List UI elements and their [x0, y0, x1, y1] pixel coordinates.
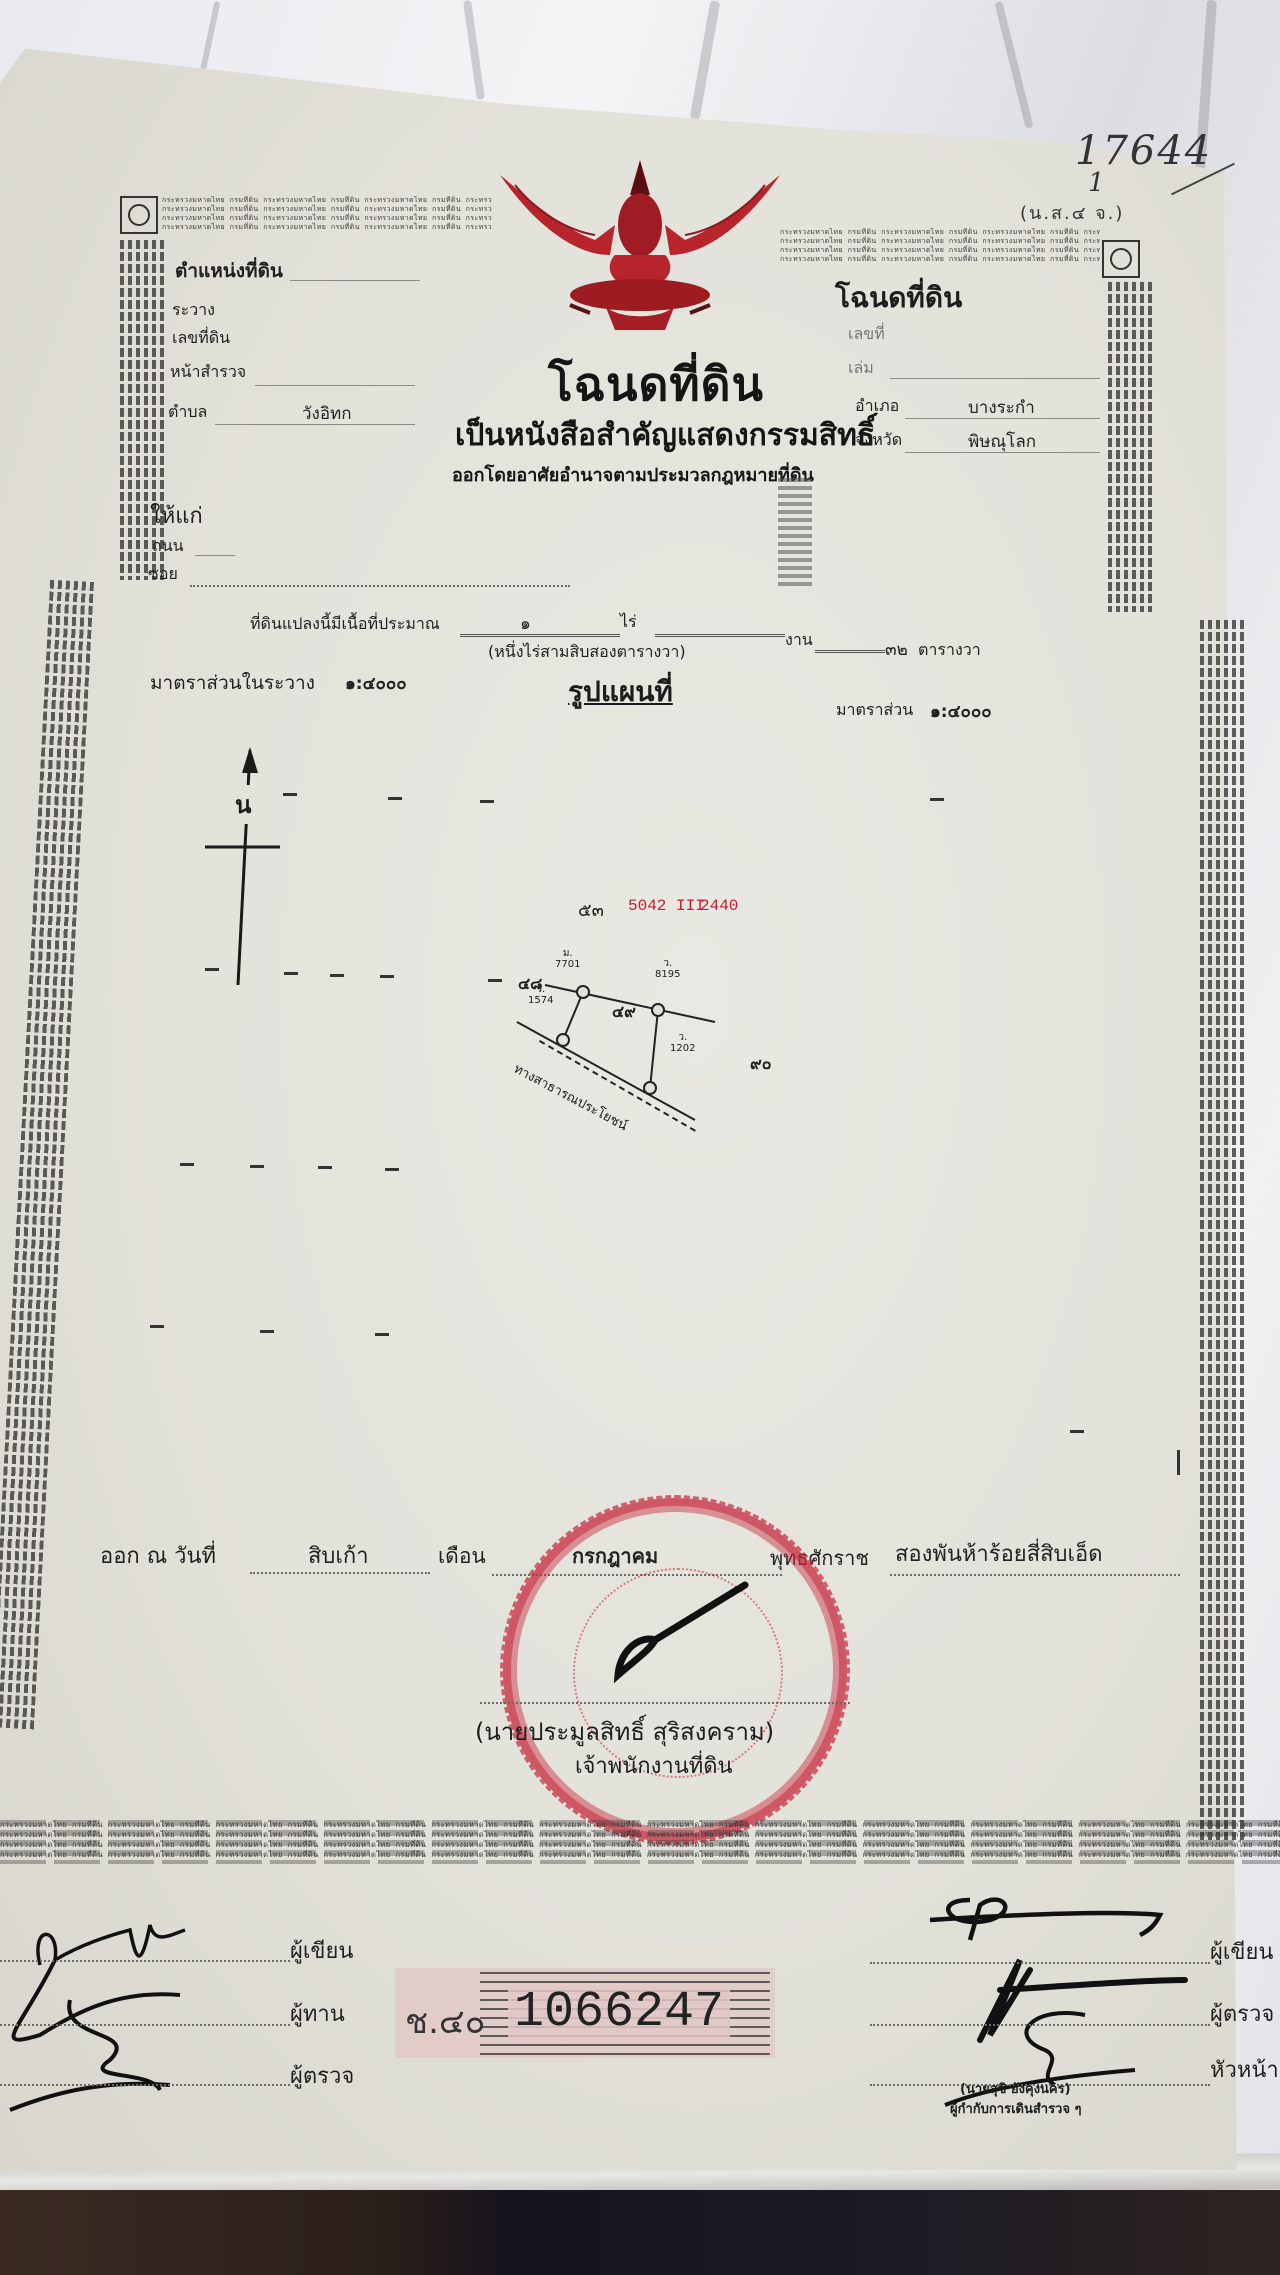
checker-right-line [870, 2024, 1210, 2026]
map-heading: รูปแผนที่ [568, 670, 673, 714]
area-in-words: (หนึ่งไร่สามสิบสองตารางวา) [488, 640, 686, 665]
grid-tick [150, 1325, 164, 1328]
grid-tick [480, 800, 494, 803]
month-label: เดือน [438, 1540, 486, 1573]
document-title: โฉนดที่ดิน [548, 348, 764, 421]
grid-tick [1070, 1430, 1084, 1433]
survey-page-field-line [255, 385, 415, 386]
marble-vein [994, 1, 1033, 129]
grid-tick [180, 1163, 194, 1166]
soi-label: ซอย [148, 562, 178, 587]
grid-tick [284, 972, 298, 975]
corner-ornament-icon [120, 196, 158, 234]
officer-title: เจ้าพนักงานที่ดิน [575, 1748, 733, 1783]
district-value: บางระกำ [968, 394, 1035, 421]
book-field-line [890, 378, 1100, 379]
zone-label: ระวาง [172, 298, 215, 323]
grid-tick [385, 1168, 399, 1171]
province-field-line [905, 452, 1100, 453]
road-field-line [195, 555, 235, 556]
grid-tick [388, 797, 402, 800]
ngan-unit: งาน [785, 628, 813, 653]
parcel-right-number: ๙๐ [750, 1052, 771, 1077]
writer-right-line [870, 1962, 1210, 1964]
security-border-top: กระทรวงมหาดไทย กรมที่ดิน กระทรวงมหาดไทย … [162, 196, 492, 236]
grid-tick [380, 975, 394, 978]
ngan-field-line [655, 634, 785, 637]
rai-field-line [460, 634, 620, 637]
handwritten-ref-sub: 1 [1088, 168, 1105, 198]
north-label: น [235, 785, 251, 824]
north-arrow-icon [200, 745, 290, 985]
wa-value: ๓๒ [885, 636, 908, 663]
officer-signature [600, 1580, 750, 1690]
supervisor-name: (นายสุชิ ยังคุงนคร) [960, 2078, 1071, 2099]
writer-right-label: ผู้เขียน [1210, 1934, 1273, 1969]
serial-number: 1066247 [508, 1985, 730, 2041]
security-border-right [1200, 620, 1244, 1840]
year-field-line [890, 1574, 1180, 1576]
document-subtitle: เป็นหนังสือสำคัญแสดงกรรมสิทธิ์ [455, 412, 875, 459]
district-label: อำเภอ [855, 394, 899, 419]
rai-value: ๑ [520, 610, 531, 637]
supervisor-title: ผู้กำกับการเดินสำรวจ ๆ [950, 2098, 1081, 2119]
writer-left-label: ผู้เขียน [290, 1933, 353, 1968]
province-label: จังหวัด [855, 428, 902, 453]
map-scale-right-label: มาตราส่วน [836, 698, 913, 723]
checker-right-label: ผู้ตรวจ [1210, 1996, 1274, 2031]
marble-vein [690, 0, 721, 120]
grid-tick [205, 968, 219, 971]
sheet-code-thai: ๕๓ [578, 895, 604, 924]
garuda-emblem-icon [495, 155, 785, 335]
writer-left-line [0, 1960, 290, 1962]
grid-tick [930, 798, 944, 801]
issuing-authority: ออกโดยอาศัยอำนาจตามประมวลกฎหมายที่ดิน [452, 460, 814, 489]
map-scale-left-value: ๑:๔๐๐๐ [345, 670, 407, 697]
map-scale-left-label: มาตราส่วนในระวาง [150, 668, 315, 698]
parcel-center-number: ๔๙ [612, 1000, 636, 1025]
corner-ornament-icon [1102, 240, 1140, 278]
rai-unit: ไร่ [620, 610, 637, 635]
subdistrict-field-line [215, 424, 415, 425]
area-label: ที่ดินแปลงนี้มีเนื้อที่ประมาณ [250, 612, 440, 637]
checker2-left-label: ผู้ตรวจ [290, 2058, 354, 2093]
book-label: เล่ม [848, 356, 874, 381]
sheet-code-2: 2440 [700, 897, 738, 915]
form-code: (น.ส.๔ จ.) [1020, 198, 1124, 227]
wa-field-line [815, 650, 885, 653]
signature-writer-right [910, 1880, 1170, 1950]
redacted-stamp [778, 478, 812, 588]
road-label: ถนน [152, 534, 184, 559]
point-label-2: ว.8195 [655, 958, 680, 980]
grid-tick [260, 1330, 274, 1333]
table-surface [0, 2190, 1280, 2275]
serial-prefix: ช.๔๐ [405, 1994, 485, 2048]
security-border-right-top [1108, 282, 1152, 612]
issue-day-value: สิบเก้า [308, 1538, 369, 1573]
subdistrict-label: ตำบล [168, 400, 207, 425]
map-scale-right-value: ๑:๔๐๐๐ [930, 698, 992, 725]
border-mark [1177, 1450, 1180, 1475]
position-label: ตำแหน่งที่ดิน [175, 256, 283, 286]
officer-name: (นายประมูลสิทธิ์ สุริสงคราม) [475, 1712, 774, 1751]
position-field-line [290, 280, 420, 281]
issue-year-value: สองพันห้าร้อยสี่สิบเอ็ด [895, 1536, 1103, 1571]
head-right-label: หัวหน้า [1210, 2052, 1279, 2087]
sheet-code: 5042 III [628, 897, 705, 915]
grid-tick [283, 793, 297, 796]
security-border-top-right: กระทรวงมหาดไทย กรมที่ดิน กระทรวงมหาดไทย … [780, 228, 1100, 268]
right-deed-title: โฉนดที่ดิน [835, 276, 962, 320]
subdistrict-value: วังอิทก [302, 400, 352, 427]
point-label-4: ว.1202 [670, 1032, 695, 1054]
checker1-left-label: ผู้ทาน [290, 1996, 345, 2031]
grid-tick [330, 974, 344, 977]
grid-tick [488, 979, 502, 982]
signature-checker-left [0, 1950, 200, 2120]
wa-unit: ตารางวา [918, 638, 981, 663]
soi-field-line [190, 585, 570, 587]
grid-tick [250, 1165, 264, 1168]
checker2-left-line [0, 2084, 290, 2086]
marble-vein [463, 0, 485, 100]
survey-page-label: หน้าสำรวจ [170, 360, 246, 385]
officer-sign-line [480, 1702, 850, 1704]
issued-label: ออก ณ วันที่ [100, 1538, 216, 1573]
parcel-left-number: ๔๘ [518, 972, 542, 997]
grid-tick [375, 1333, 389, 1336]
land-number-label: เลขที่ดิน [172, 326, 230, 351]
checker1-left-line [0, 2024, 290, 2026]
district-field-line [905, 418, 1100, 419]
point-label-1: ม.7701 [555, 948, 580, 970]
deed-number-label: เลขที่ [848, 322, 885, 347]
given-to-label: ให้แก่ [150, 498, 203, 533]
province-value: พิษณุโลก [968, 428, 1036, 455]
grid-tick [318, 1166, 332, 1169]
microtext-fill [0, 1820, 1280, 1864]
